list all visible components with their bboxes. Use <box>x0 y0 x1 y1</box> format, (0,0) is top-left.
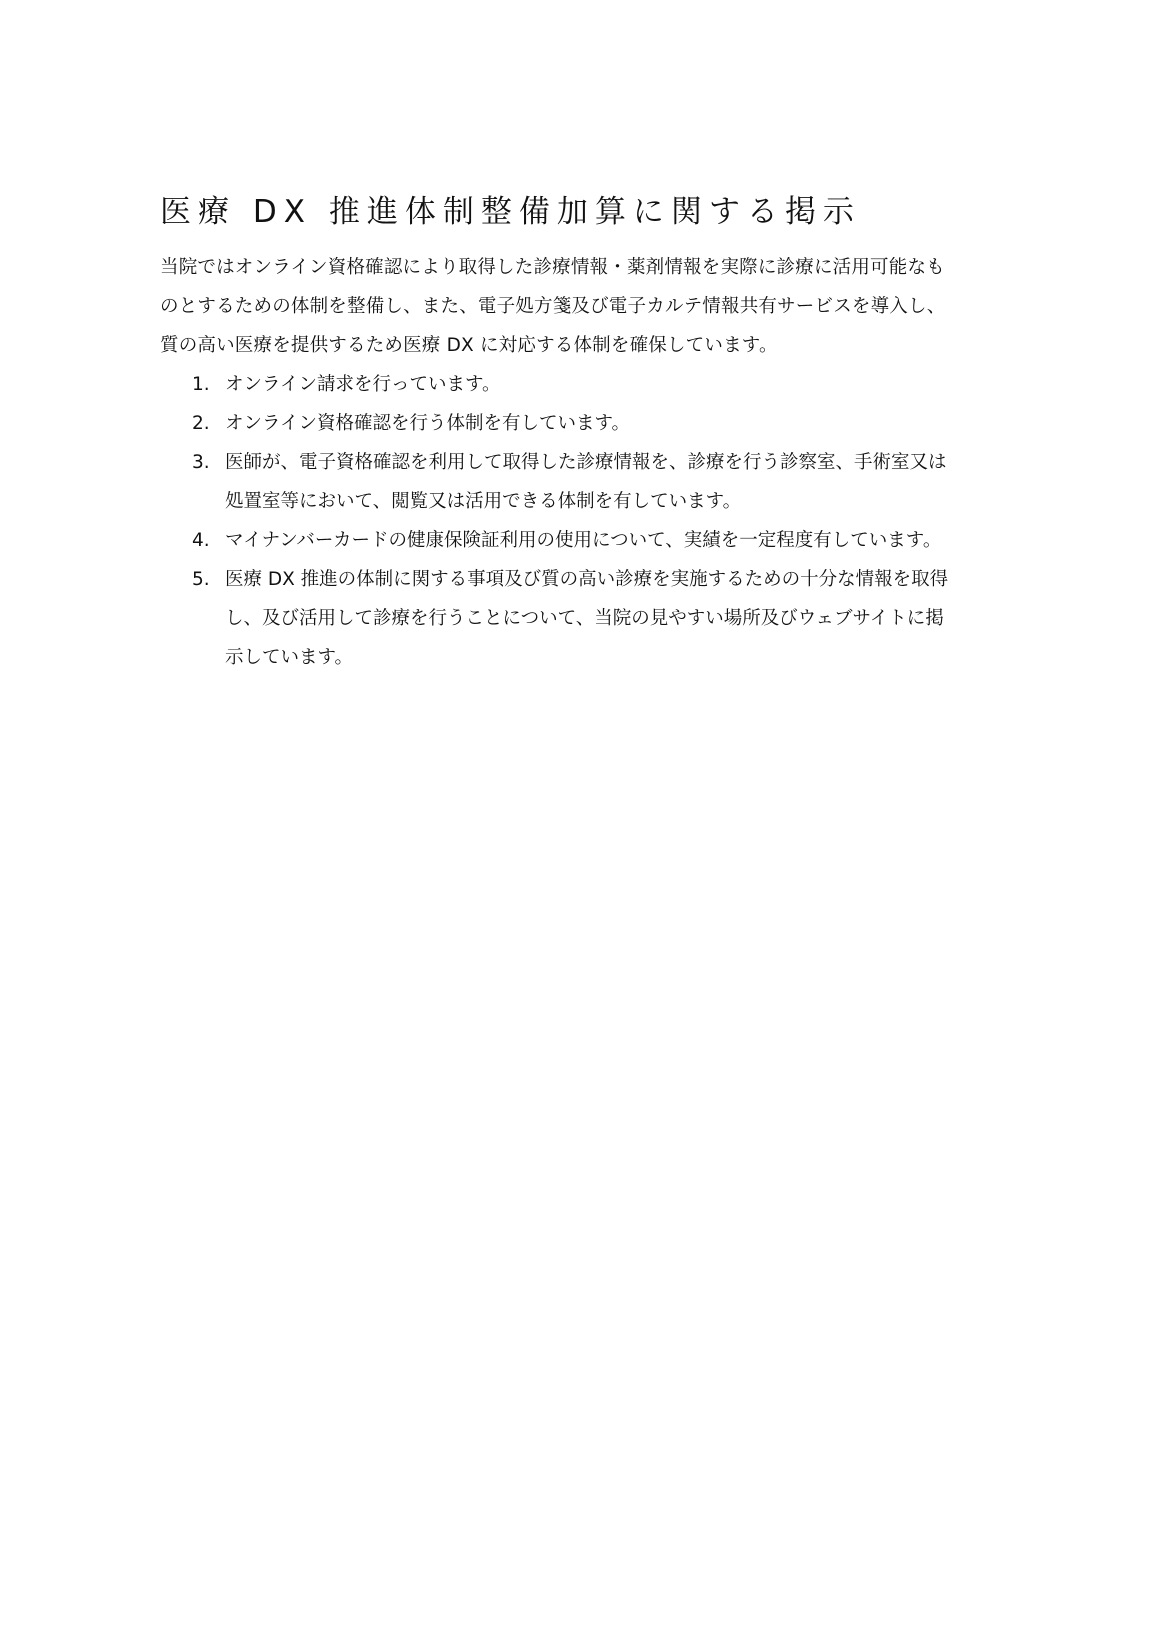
list-item: 5. 医療 DX 推進の体制に関する事項及び質の高い診療を実施するための十分な情… <box>160 560 960 677</box>
page-title: 医療 DX 推進体制整備加算に関する掲示 <box>160 190 960 234</box>
requirements-list: 1. オンライン請求を行っています。 2. オンライン資格確認を行う体制を有して… <box>160 365 960 677</box>
list-item: 4. マイナンバーカードの健康保険証利用の使用について、実績を一定程度有していま… <box>160 521 960 560</box>
list-text: 医療 DX 推進の体制に関する事項及び質の高い診療を実施するための十分な情報を取… <box>225 560 960 677</box>
intro-paragraph: 当院ではオンライン資格確認により取得した診療情報・薬剤情報を実際に診療に活用可能… <box>160 248 960 365</box>
list-number: 3. <box>160 443 225 521</box>
list-item: 3. 医師が、電子資格確認を利用して取得した診療情報を、診療を行う診察室、手術室… <box>160 443 960 521</box>
list-number: 2. <box>160 404 225 443</box>
list-text: オンライン資格確認を行う体制を有しています。 <box>225 404 960 443</box>
list-text: マイナンバーカードの健康保険証利用の使用について、実績を一定程度有しています。 <box>225 521 960 560</box>
document-page: 医療 DX 推進体制整備加算に関する掲示 当院ではオンライン資格確認により取得し… <box>160 190 960 677</box>
list-number: 4. <box>160 521 225 560</box>
list-item: 1. オンライン請求を行っています。 <box>160 365 960 404</box>
list-text: オンライン請求を行っています。 <box>225 365 960 404</box>
list-text: 医師が、電子資格確認を利用して取得した診療情報を、診療を行う診察室、手術室又は処… <box>225 443 960 521</box>
list-item: 2. オンライン資格確認を行う体制を有しています。 <box>160 404 960 443</box>
list-number: 1. <box>160 365 225 404</box>
list-number: 5. <box>160 560 225 677</box>
